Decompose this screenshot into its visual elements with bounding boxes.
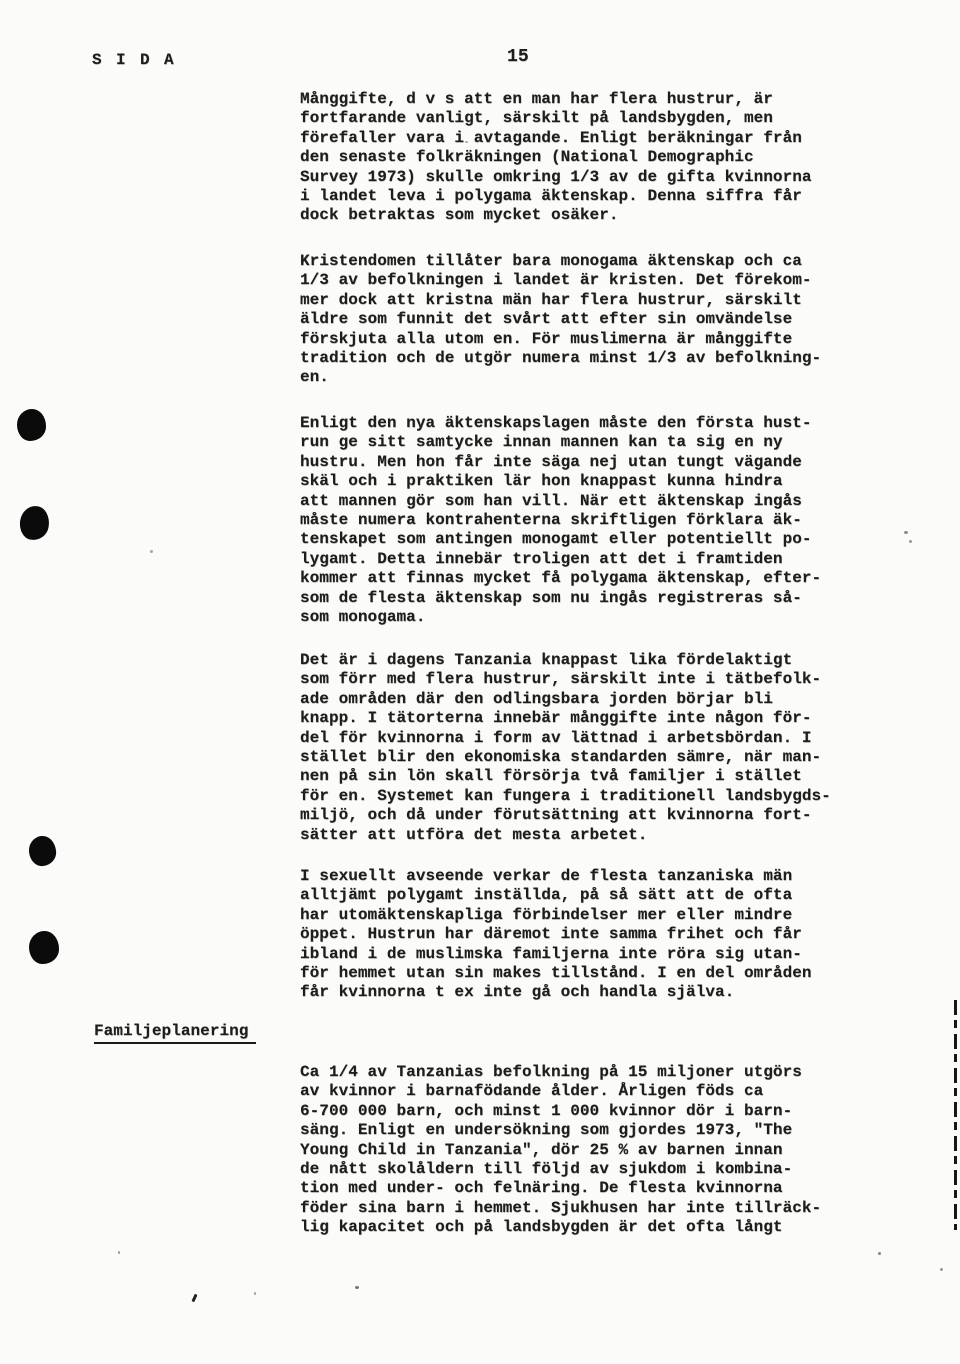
ink-blot-artifact	[17, 409, 46, 441]
scan-speck	[909, 540, 912, 543]
header-organization-label: S I D A	[92, 51, 176, 70]
paragraph-sexual-attitudes: I sexuellt avseende verkar de flesta tan…	[300, 867, 890, 1003]
scan-speck	[878, 1252, 881, 1255]
scan-speck	[355, 1286, 359, 1289]
ink-blot-artifact	[18, 504, 51, 542]
ink-blot-artifact	[28, 835, 58, 868]
scan-speck	[118, 1251, 120, 1254]
scan-speck	[940, 1268, 943, 1271]
page-number: 15	[507, 48, 529, 67]
scan-edge-dashed-line	[954, 1000, 957, 1230]
scan-speck	[904, 531, 908, 534]
paragraph-polygamy-intro: Månggifte, d v s att en man har flera hu…	[300, 90, 890, 226]
scan-speck	[191, 1294, 197, 1303]
scan-speck	[465, 141, 468, 143]
scan-speck	[150, 550, 153, 553]
scan-speck	[254, 1292, 256, 1295]
paragraph-christianity-islam: Kristendomen tillåter bara monogama äkte…	[300, 252, 890, 388]
paragraph-economics-of-polygamy: Det är i dagens Tanzania knappast lika f…	[300, 651, 890, 845]
paragraph-marriage-law: Enligt den nya äktenskapslagen måste den…	[300, 414, 890, 627]
section-heading-familjeplanering: Familjeplanering	[94, 1022, 256, 1044]
section-heading-text: Familjeplanering	[94, 1022, 256, 1044]
ink-blot-artifact	[29, 931, 59, 964]
paragraph-family-planning: Ca 1/4 av Tanzanias befolkning på 15 mil…	[300, 1063, 890, 1238]
